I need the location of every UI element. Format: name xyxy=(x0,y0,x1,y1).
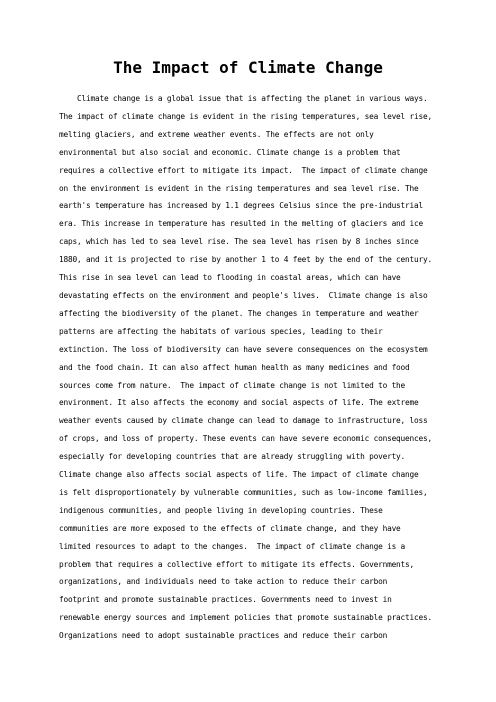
document-title: The Impact of Climate Change xyxy=(0,0,496,78)
document-body-text: Climate change is a global issue that is… xyxy=(59,90,496,645)
document-page: The Impact of Climate Change Climate cha… xyxy=(0,0,496,702)
